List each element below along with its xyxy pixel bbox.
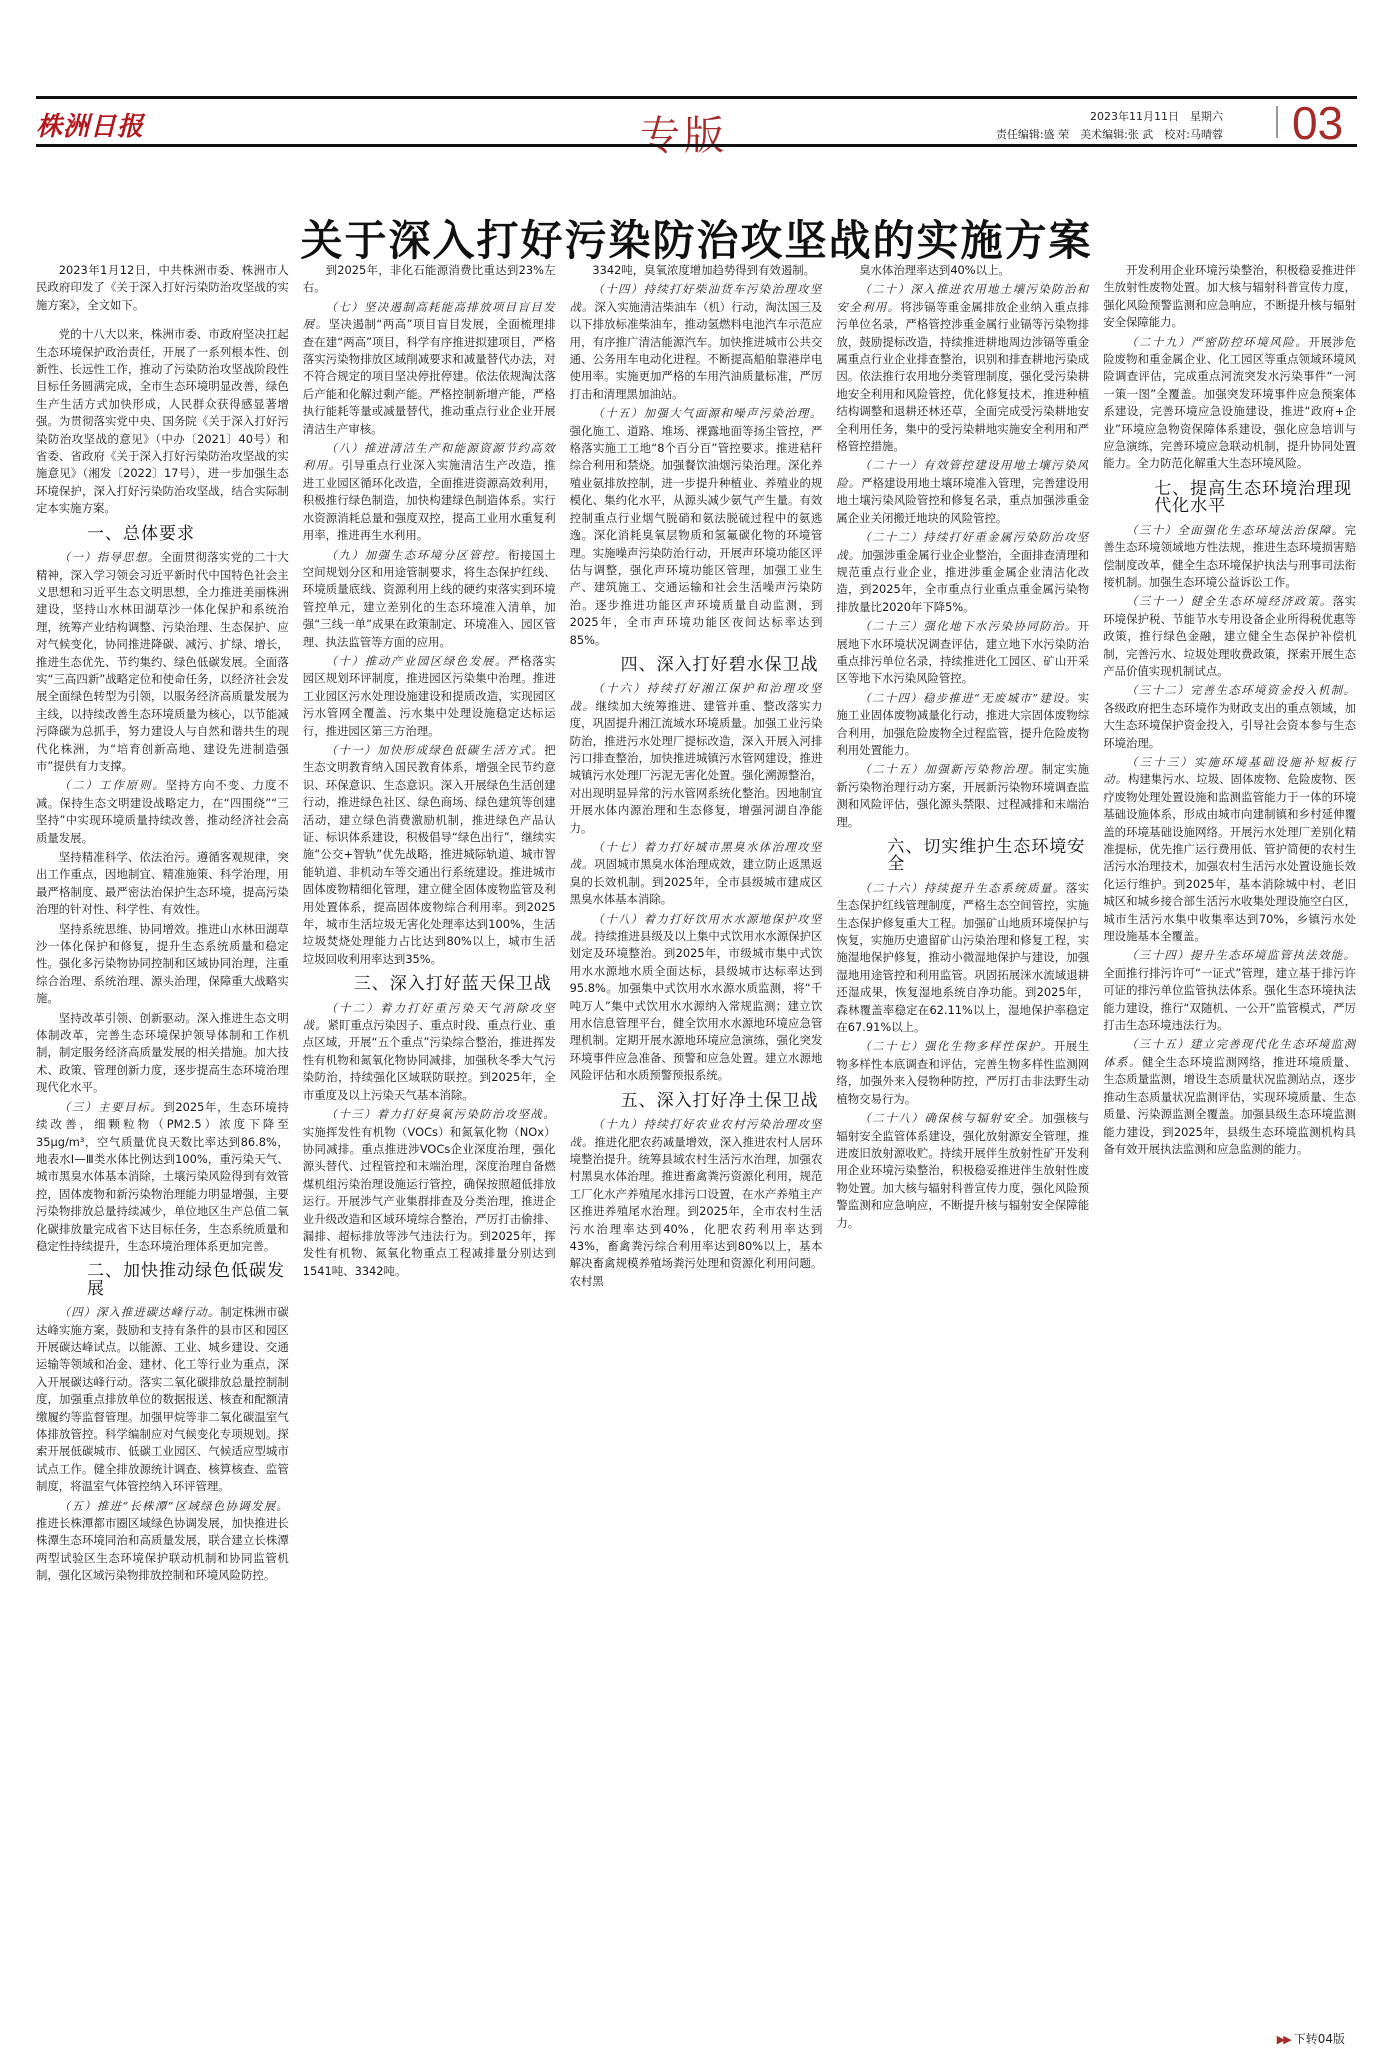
paragraph-text: 开展涉危险废物和重金属企业、化工园区等重点领域环境风险调查评估，完成重点河流突发… — [1103, 335, 1356, 471]
paragraph-text: 强化施工、道路、堆场、裸露地面等扬尘管控，严格落实施工工地“8个百分百”管控要求… — [570, 424, 823, 647]
paragraph-text: 全面贯彻落实党的二十大精神，深入学习领会习近平新时代中国特色社会主义思想和习近平… — [36, 550, 289, 773]
body-paragraph: 坚持系统思维、协同增效。推进山水林田湖草沙一体化保护和修复，提升生态系统质量和稳… — [36, 921, 289, 1008]
section-heading: 六、切实维护生态环境安全 — [836, 839, 1089, 874]
paragraph-text: 加强核与辐射安全监管体系建设，强化放射源安全管理，推进废旧放射源收贮。持续开展伴… — [836, 1111, 1089, 1229]
subsection-title: （三）主要目标。 — [59, 1100, 164, 1114]
subsection-title: （五）推进“长株潭”区域绿色协调发展。 — [59, 1499, 289, 1513]
section-heading: 七、提高生态环境治理现代化水平 — [1103, 481, 1356, 516]
article-headline: 关于深入打好污染防治攻坚战的实施方案 — [0, 208, 1393, 268]
body-paragraph: （二十六）持续提升生态系统质量。落实生态保护红线管理制度，严格生态空间管控，实施… — [836, 880, 1089, 1037]
paragraph-text: 巩固城市黑臭水体治理成效，建立防止返黑返臭的长效机制。到2025年，全市县级城市… — [570, 857, 823, 906]
lead-paragraph: 2023年1月12日，中共株洲市委、株洲市人民政府印发了《关于深入打好污染防治攻… — [36, 262, 289, 314]
body-paragraph: （二十五）加强新污染物治理。制定实施新污染物治理行动方案，开展新污染物环境调查监… — [836, 761, 1089, 831]
continued-on-link[interactable]: ▶▶下转04版 — [1277, 2030, 1345, 2047]
paragraph-text: 制定株洲市碳达峰实施方案，鼓励和支持有条件的县市区和园区开展碳达峰试点。以能源、… — [36, 1305, 289, 1493]
subsection-title: （三十）全面强化生态环境法治保障。 — [1126, 523, 1345, 537]
body-paragraph: 到2025年，非化石能源消费比重达到23%左右。 — [303, 262, 556, 297]
article-column: 3342吨，臭氧浓度增加趋势得到有效遏制。（十四）持续打好柴油货车污染治理攻坚战… — [570, 262, 823, 2032]
section-heading: 二、加快推动绿色低碳发展 — [36, 1263, 289, 1298]
paragraph-text: 紧盯重点污染因子、重点时段、重点行业、重点区域，开展“五个重点”污染综合整治，推… — [303, 1018, 556, 1102]
issue-date: 2023年11月11日 星期六 — [996, 108, 1223, 126]
body-paragraph: 臭水体治理率达到40%以上。 — [836, 262, 1089, 279]
paragraph-text: 坚持精准科学、依法治污。遵循客观规律，突出工作重点，因地制宜、精准施策、科学治理… — [36, 850, 289, 916]
subsection-title: （一）指导思想。 — [59, 550, 161, 564]
body-paragraph: 开发利用企业环境污染整治，积极稳妥推进伴生放射性废物处置。加大核与辐射科普宣传力… — [1103, 262, 1356, 332]
subsection-title: （二十五）加强新污染物治理。 — [859, 762, 1041, 776]
article-column: 2023年1月12日，中共株洲市委、株洲市人民政府印发了《关于深入打好污染防治攻… — [36, 262, 289, 2032]
body-paragraph: （二十三）强化地下水污染协同防治。开展地下水环境状况调查评估，建立地下水污染防治… — [836, 618, 1089, 688]
paragraph-text: 持续推进县级及以上集中式饮用水水源保护区划定及环境整治。到2025年，市级城市集… — [570, 929, 823, 1082]
continued-label: 下转04版 — [1294, 2032, 1345, 2046]
subsection-title: （三十一）健全生态环境经济政策。 — [1126, 594, 1333, 608]
body-paragraph: （十四）持续打好柴油货车污染治理攻坚战。深入实施清洁柴油车（机）行动，淘汰国三及… — [570, 281, 823, 403]
subsection-title: （十五）加强大气面源和噪声污染治理。 — [592, 406, 822, 420]
paragraph-text: 严格建设用地土壤环境准入管理，完善建设用地土壤污染风险管控和修复名录，重点加强涉… — [836, 476, 1089, 525]
body-paragraph: （二十九）严密防控环境风险。开展涉危险废物和重金属企业、化工园区等重点领域环境风… — [1103, 334, 1356, 473]
section-heading: 五、深入打好净土保卫战 — [570, 1093, 823, 1110]
newspaper-logo: 株洲日报 — [36, 106, 144, 143]
subsection-title: （二十四）稳步推进“无废城市”建设。 — [859, 691, 1078, 705]
body-paragraph: （二）工作原则。坚持方向不变、力度不减。保持生态文明建设战略定力，在“四围绕”“… — [36, 777, 289, 847]
article-body: 2023年1月12日，中共株洲市委、株洲市人民政府印发了《关于深入打好污染防治攻… — [36, 262, 1356, 2032]
paragraph-text: 各级政府把生态环境作为财政支出的重点领域，加大生态环境保护资金投入，引导社会资本… — [1103, 701, 1356, 750]
paragraph-text: 坚持系统思维、协同增效。推进山水林田湖草沙一体化保护和修复，提升生态系统质量和稳… — [36, 922, 289, 1006]
section-heading: 一、总体要求 — [36, 526, 289, 543]
double-arrow-icon: ▶▶ — [1277, 2033, 1290, 2046]
section-label: 专版 — [640, 104, 728, 161]
body-paragraph: （十八）着力打好饮用水水源地保护攻坚战。持续推进县级及以上集中式饮用水水源保护区… — [570, 911, 823, 1085]
subsection-title: （三十四）提升生态环境监管执法效能。 — [1126, 948, 1356, 962]
body-paragraph: （二十二）持续打好重金属污染防治攻坚战。加强涉重金属行业企业整治，全面排查清理和… — [836, 529, 1089, 616]
masthead-top-rule — [36, 96, 1357, 99]
subsection-title: （二）工作原则。 — [59, 778, 166, 792]
paragraph-text: 引导重点行业深入实施清洁生产改造，推进工业园区循环化改造，全面推进资源高效利用，… — [303, 458, 556, 542]
body-paragraph: （十）推动产业园区绿色发展。严格落实园区规划环评制度，推进园区污染集中治理。推进… — [303, 653, 556, 740]
page-number: 03 — [1292, 96, 1343, 150]
paragraph-text: 推进化肥农药减量增效，深入推进农村人居环境整治提升。统筹县域农村生活污水治理，加… — [570, 1135, 823, 1288]
body-paragraph: 3342吨，臭氧浓度增加趋势得到有效遏制。 — [570, 262, 823, 279]
body-paragraph: （二十七）强化生物多样性保护。开展生物多样性本底调查和评估，完善生物多样性监测网… — [836, 1038, 1089, 1108]
section-heading: 四、深入打好碧水保卫战 — [570, 657, 823, 674]
article-column: 开发利用企业环境污染整治，积极稳妥推进伴生放射性废物处置。加大核与辐射科普宣传力… — [1103, 262, 1356, 2032]
subsection-title: （九）加强生态环境分区管控。 — [326, 548, 508, 562]
subsection-title: （十）推动产业园区绿色发展。 — [326, 654, 508, 668]
article-column: 臭水体治理率达到40%以上。（二十）深入推进农用地土壤污染防治和安全利用。将涉镉… — [836, 262, 1089, 2032]
paragraph-text: 臭水体治理率达到40%以上。 — [859, 263, 1010, 277]
body-paragraph: （九）加强生态环境分区管控。衔接国土空间规划分区和用途管制要求，将生态保护红线、… — [303, 547, 556, 651]
body-paragraph: （十二）着力打好重污染天气消除攻坚战。紧盯重点污染因子、重点时段、重点行业、重点… — [303, 1000, 556, 1104]
header-bottom-rule — [36, 144, 1357, 147]
body-paragraph: （二十八）确保核与辐射安全。加强核与辐射安全监管体系建设，强化放射源安全管理，推… — [836, 1110, 1089, 1232]
subsection-title: （十一）加快形成绿色低碳生活方式。 — [326, 743, 545, 757]
paragraph-text: 深入实施清洁柴油车（机）行动，淘汰国三及以下排放标准柴油车，推动氢燃料电池汽车示… — [570, 300, 823, 401]
paragraph-text: 加强涉重金属行业企业整治，全面排查清理和规范重点行业企业，推进涉重金属企业清洁化… — [836, 548, 1089, 614]
body-paragraph: 坚持精准科学、依法治污。遵循客观规律，突出工作重点，因地制宜、精准施策、科学治理… — [36, 849, 289, 919]
body-paragraph: （三十四）提升生态环境监管执法效能。全面推行排污许可“一证式”管理，建立基于排污… — [1103, 947, 1356, 1034]
body-paragraph: （二十一）有效管控建设用地土壤污染风险。严格建设用地土壤环境准入管理，完善建设用… — [836, 457, 1089, 527]
paragraph-text: 将涉镉等重金属排放企业纳入重点排污单位名录，严格管控涉重金属行业镉等污染物排放，… — [836, 300, 1089, 453]
article-column: 到2025年，非化石能源消费比重达到23%左右。（七）坚决遏制高耗能高排放项目盲… — [303, 262, 556, 2032]
paragraph-text: 坚持改革引领、创新驱动。深入推进生态文明体制改革，完善生态环境保护领导体制和工作… — [36, 1011, 289, 1095]
body-paragraph: （十一）加快形成绿色低碳生活方式。把生态文明教育纳入国民教育体系，增强全民节约意… — [303, 742, 556, 968]
paragraph-text: 构建集污水、垃圾、固体废物、危险废物、医疗废物处理处置设施和监测监管能力于一体的… — [1103, 772, 1356, 943]
paragraph-text: 全面推行排污许可“一证式”管理，建立基于排污许可证的排污单位监管执法体系。强化生… — [1103, 966, 1356, 1032]
paragraph-text: 到2025年，非化石能源消费比重达到23%左右。 — [303, 263, 556, 294]
paragraph-text: 健全生态环境监测网络，推进环境质量、生态质量监测，增设生态质量状况监测站点，逐步… — [1103, 1055, 1356, 1156]
paragraph-text: 实施挥发性有机物（VOCs）和氮氧化物（NOx）协同减排。重点推进涉VOCs企业… — [303, 1125, 556, 1278]
body-paragraph: （三十一）健全生态环境经济政策。落实环境保护税、节能节水专用设备企业所得税优惠等… — [1103, 593, 1356, 680]
body-paragraph: （二十四）稳步推进“无废城市”建设。实施工业固体废物减量化行动，推进大宗固体废物… — [836, 690, 1089, 760]
subsection-title: （三十二）完善生态环境资金投入机制。 — [1126, 683, 1356, 697]
paragraph-text: 衔接国土空间规划分区和用途管制要求，将生态保护红线、环境质量底线、资源利用上线的… — [303, 548, 556, 649]
paragraph-text: 3342吨，臭氧浓度增加趋势得到有效遏制。 — [592, 263, 815, 277]
subsection-title: （二十三）强化地下水污染协同防治。 — [859, 619, 1078, 633]
body-paragraph: （三十）全面强化生态环境法治保障。完善生态环境领域地方性法规，推进生态环境损害赔… — [1103, 522, 1356, 592]
body-paragraph: （三十三）实施环境基础设施补短板行动。构建集污水、垃圾、固体废物、危险废物、医疗… — [1103, 754, 1356, 945]
body-paragraph: （十九）持续打好农业农村污染治理攻坚战。推进化肥农药减量增效，深入推进农村人居环… — [570, 1116, 823, 1290]
body-paragraph: （十六）持续打好湘江保护和治理攻坚战。继续加大统筹推进、建管并重、整改落实力度，… — [570, 680, 823, 837]
body-paragraph: （五）推进“长株潭”区域绿色协调发展。推进长株潭都市圈区域绿色协调发展，加快推进… — [36, 1498, 289, 1585]
editorial-credits: 责任编辑:盛 荣 美术编辑:张 武 校对:马晴蓉 — [996, 126, 1223, 144]
body-paragraph: （一）指导思想。全面贯彻落实党的二十大精神，深入学习领会习近平新时代中国特色社会… — [36, 549, 289, 775]
paragraph-text: 开发利用企业环境污染整治，积极稳妥推进伴生放射性废物处置。加大核与辐射科普宣传力… — [1103, 263, 1356, 329]
body-paragraph: （三十二）完善生态环境资金投入机制。各级政府把生态环境作为财政支出的重点领域，加… — [1103, 682, 1356, 752]
subsection-title: （二十六）持续提升生态系统质量。 — [859, 881, 1066, 895]
body-paragraph: （七）坚决遏制高耗能高排放项目盲目发展。坚决遏制“两高”项目盲目发展，全面梳理排… — [303, 299, 556, 438]
subsection-title: （四）深入推进碳达峰行动。 — [59, 1305, 220, 1319]
body-paragraph: （十五）加强大气面源和噪声污染治理。强化施工、道路、堆场、裸露地面等扬尘管控，严… — [570, 405, 823, 649]
paragraph-text: 2023年1月12日，中共株洲市委、株洲市人民政府印发了《关于深入打好污染防治攻… — [36, 263, 289, 312]
issue-meta: 2023年11月11日 星期六 责任编辑:盛 荣 美术编辑:张 武 校对:马晴蓉 — [996, 108, 1223, 144]
body-paragraph: （八）推进清洁生产和能源资源节约高效利用。引导重点行业深入实施清洁生产改造，推进… — [303, 440, 556, 544]
paragraph-text: 落实生态保护红线管理制度，严格生态空间管控，实施生态保护修复重大工程。加强矿山地… — [836, 881, 1089, 1034]
body-paragraph: （三）主要目标。到2025年，生态环境持续改善，细颗粒物（PM2.5）浓度下降至… — [36, 1099, 289, 1256]
body-paragraph: （十七）着力打好城市黑臭水体治理攻坚战。巩固城市黑臭水体治理成效，建立防止返黑返… — [570, 839, 823, 909]
body-paragraph: （四）深入推进碳达峰行动。制定株洲市碳达峰实施方案，鼓励和支持有条件的县市区和园… — [36, 1304, 289, 1495]
body-paragraph: 党的十八大以来，株洲市委、市政府坚决扛起生态环境保护政治责任，开展了一系列根本性… — [36, 326, 289, 517]
page-number-divider — [1276, 106, 1278, 138]
subsection-title: （十三）着力打好臭氧污染防治攻坚战。 — [326, 1107, 556, 1121]
body-paragraph: （十三）着力打好臭氧污染防治攻坚战。实施挥发性有机物（VOCs）和氮氧化物（NO… — [303, 1106, 556, 1280]
paragraph-text: 把生态文明教育纳入国民教育体系，增强全民节约意识、环保意识、生态意识。深入开展绿… — [303, 743, 556, 966]
paragraph-text: 到2025年，生态环境持续改善，细颗粒物（PM2.5）浓度下降至35μg/m³，… — [36, 1100, 289, 1253]
subsection-title: （二十八）确保核与辐射安全。 — [859, 1111, 1041, 1125]
section-heading: 三、深入打好蓝天保卫战 — [303, 976, 556, 993]
subsection-title: （二十九）严密防控环境风险。 — [1126, 335, 1308, 349]
body-paragraph: （二十）深入推进农用地土壤污染防治和安全利用。将涉镉等重金属排放企业纳入重点排污… — [836, 281, 1089, 455]
paragraph-text: 推进长株潭都市圈区域绿色协调发展，加快推进长株潭生态环境同治和高质量发展，联合建… — [36, 1516, 289, 1582]
body-paragraph: 坚持改革引领、创新驱动。深入推进生态文明体制改革，完善生态环境保护领导体制和工作… — [36, 1010, 289, 1097]
subsection-title: （二十七）强化生物多样性保护。 — [859, 1039, 1054, 1053]
paragraph-text: 坚决遏制“两高”项目盲目发展，全面梳理排查在建“两高”项目，科学有序推进拟建项目… — [303, 317, 556, 435]
paragraph-text: 党的十八大以来，株洲市委、市政府坚决扛起生态环境保护政治责任，开展了一系列根本性… — [36, 327, 289, 515]
paragraph-text: 继续加大统筹推进、建管并重、整改落实力度，巩固提升湘江流域水环境质量。加强工业污… — [570, 699, 823, 835]
body-paragraph: （三十五）建立完善现代化生态环境监测体系。健全生态环境监测网络，推进环境质量、生… — [1103, 1036, 1356, 1158]
